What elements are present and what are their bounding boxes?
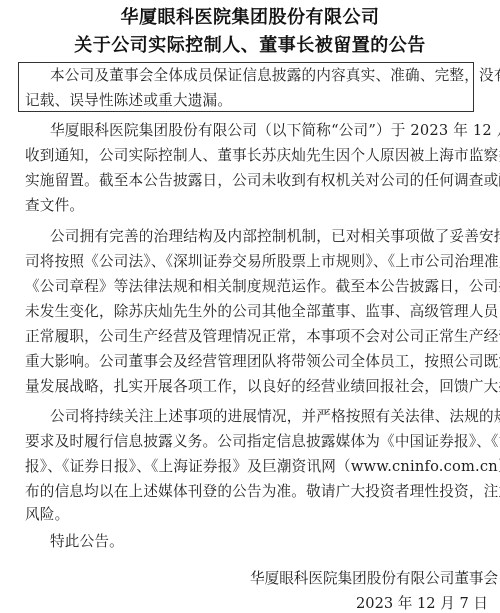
body-line: 《公司章程》等法律法规和相关制度规范运作。截至本公告披露日，公司控制权 xyxy=(25,278,469,296)
body-line: 正常履职，公司生产经营及管理情况正常，本事项不会对公司正常生产经营产生 xyxy=(25,328,469,346)
disclosure-line: 本公司及董事会全体成员保证信息披露的内容真实、准确、完整，没有虚假 xyxy=(50,67,469,85)
body-line: 布的信息均以在上述媒体刊登的公告为准。敬请广大投资者理性投资，注意投资 xyxy=(25,483,469,501)
body-line: 司将按照《公司法》、《深圳证券交易所股票上市规则》、《上市公司治理准则》及 xyxy=(25,253,469,271)
body-line: 实施留置。截至本公告披露日，公司未收到有权机关对公司的任何调查或配合调 xyxy=(25,172,469,190)
announcement-title: 关于公司实际控制人、董事长被留置的公告 xyxy=(0,31,500,57)
body-line: 公司将持续关注上述事项的进展情况，并严格按照有关法律、法规的规定和 xyxy=(50,408,469,426)
body-line: 量发展战略，扎实开展各项工作，以良好的经营业绩回报社会，回馈广大投资者。 xyxy=(25,378,469,396)
body-line: 未发生变化，除苏庆灿先生外的公司其他全部董事、监事、高级管理人员目前均 xyxy=(25,303,469,321)
body-line: 报》、《证券日报》、《上海证券报》及巨潮资讯网（www.cninfo.com.c… xyxy=(25,458,469,476)
body-line: 公司拥有完善的治理结构及内部控制机制，已对相关事项做了妥善安排，公 xyxy=(50,228,469,246)
body-line: 查文件。 xyxy=(25,197,469,215)
body-line: 要求及时履行信息披露义务。公司指定信息披露媒体为《中国证券报》、《证券时 xyxy=(25,433,469,451)
company-name-heading: 华厦眼科医院集团股份有限公司 xyxy=(0,3,500,29)
closing-statement: 特此公告。 xyxy=(50,533,469,551)
body-line: 收到通知，公司实际控制人、董事长苏庆灿先生因个人原因被上海市监察委员会 xyxy=(25,147,469,165)
body-line: 华厦眼科医院集团股份有限公司（以下简称“公司”）于 2023 年 12 月 6 … xyxy=(50,122,469,140)
disclosure-line: 记载、误导性陈述或重大遗漏。 xyxy=(25,92,469,110)
issuer-signature: 华厦眼科医院集团股份有限公司董事会 xyxy=(250,567,498,588)
body-line: 重大影响。公司董事会及经营管理团队将带领公司全体员工，按照公司既定高质 xyxy=(25,353,469,371)
issue-date: 2023 年 12 月 7 日 xyxy=(356,592,488,613)
body-line: 风险。 xyxy=(25,506,469,524)
